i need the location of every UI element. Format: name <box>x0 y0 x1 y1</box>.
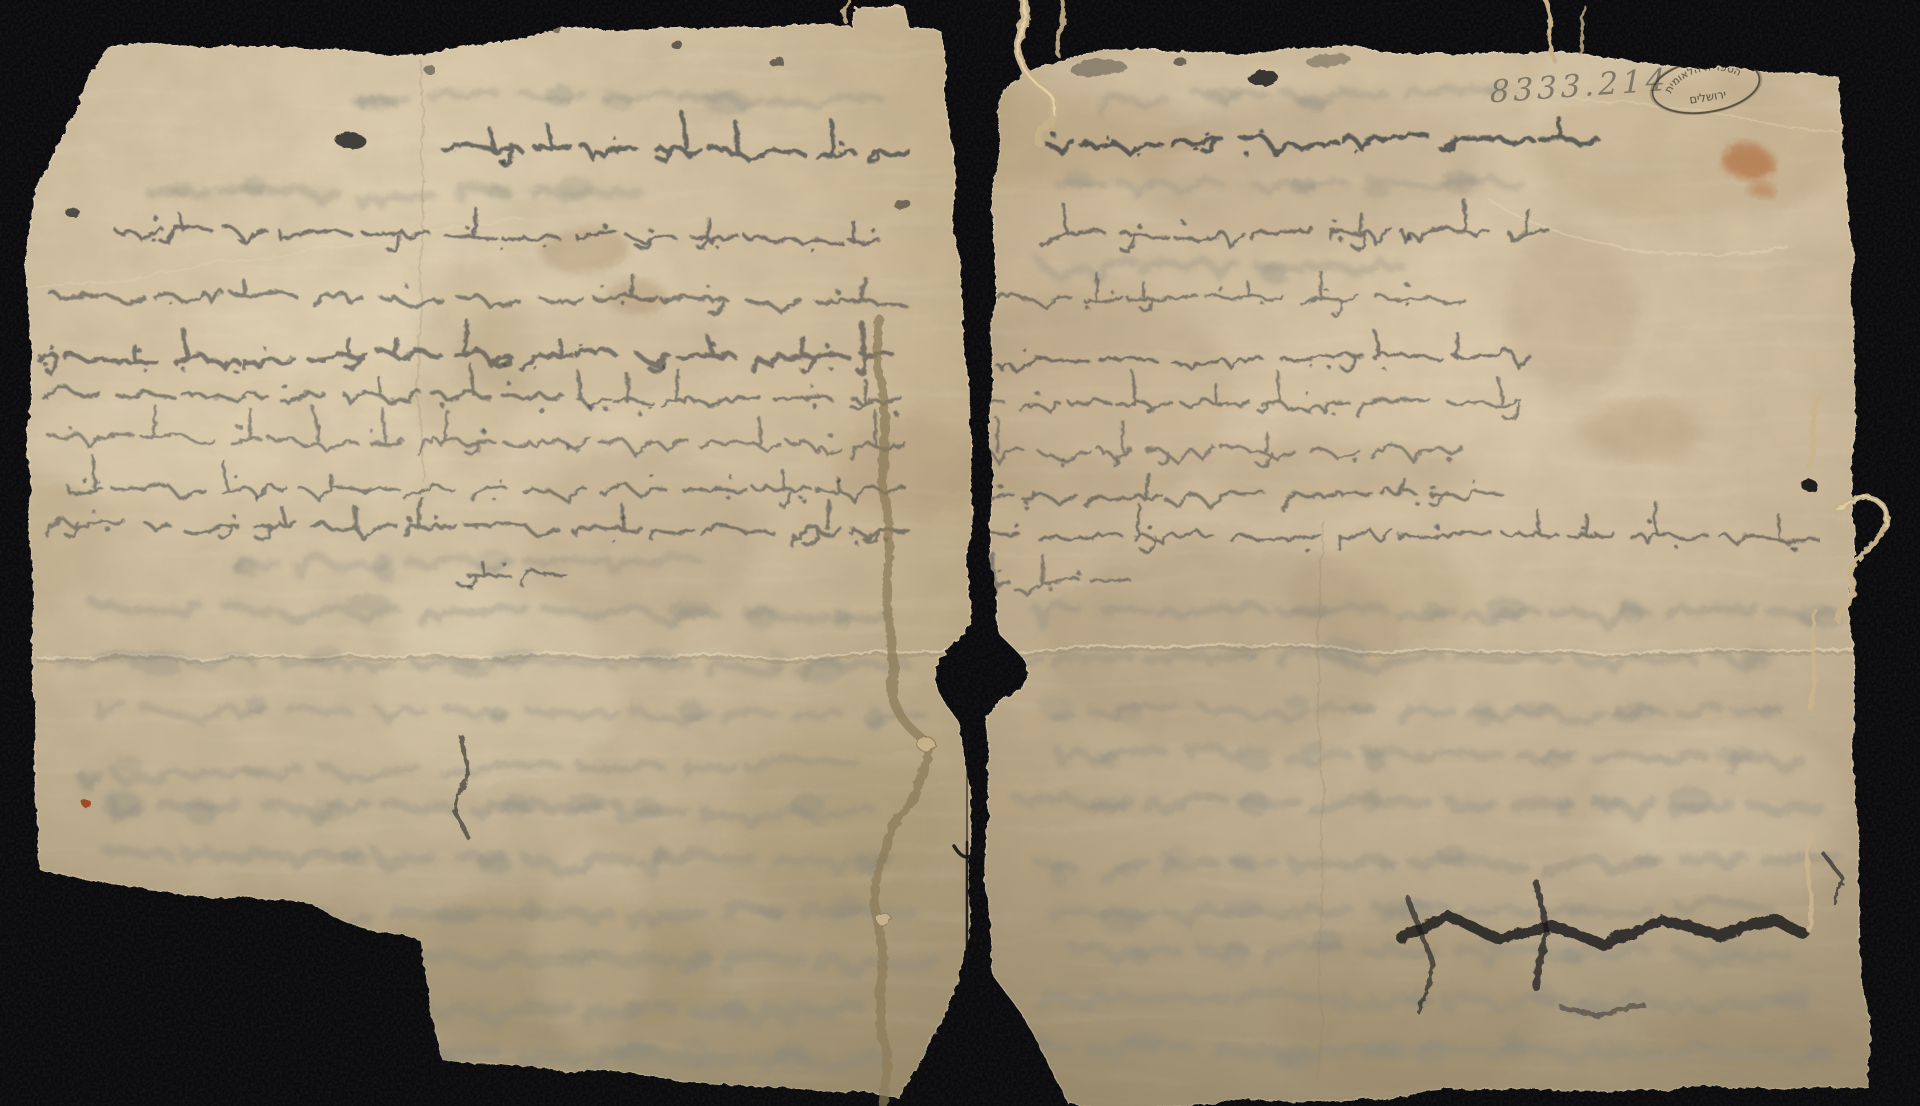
ink-dot <box>152 215 158 221</box>
ink-dot <box>1015 524 1020 529</box>
cord-knot <box>876 914 892 926</box>
ink-dot <box>80 476 85 481</box>
ink-dot <box>615 139 619 143</box>
ink-dot <box>838 292 843 297</box>
ink-dot <box>282 384 288 390</box>
red-ink-dot <box>80 797 89 806</box>
ink-dot <box>1136 151 1140 155</box>
ink-dot <box>1407 304 1411 308</box>
ink-dot <box>731 478 735 482</box>
ink-dot <box>371 430 374 433</box>
ink-dot <box>492 497 496 501</box>
orange-stain <box>1724 144 1772 180</box>
ink-dot <box>1059 462 1063 466</box>
ink-dot <box>1034 390 1039 395</box>
bleedthrough-blot <box>548 84 575 111</box>
ink-dot <box>1113 457 1118 462</box>
ink-dot <box>815 406 820 411</box>
ink-dot <box>994 416 997 419</box>
bleedthrough-blot <box>1283 697 1311 710</box>
ink-dot <box>623 517 628 522</box>
ink-dot <box>1025 502 1029 506</box>
ink-dot <box>1354 149 1358 153</box>
ink-dot <box>499 480 502 483</box>
ink-dot <box>603 287 607 291</box>
ink-dot <box>826 431 831 436</box>
ink-dot <box>1109 288 1112 291</box>
ink-dot <box>708 287 711 290</box>
tonal-mottle <box>1139 92 1481 244</box>
ink-dot <box>1083 303 1087 307</box>
ink-dot <box>503 563 507 567</box>
ink-dot <box>1075 570 1080 575</box>
ink-dot <box>1147 409 1152 414</box>
ink-dot <box>167 300 170 303</box>
ink-dot <box>255 497 259 501</box>
ink-dot <box>811 249 815 253</box>
ink-dot <box>811 386 814 389</box>
stitch-hole <box>1805 483 1821 495</box>
ink-dot <box>1306 392 1309 395</box>
ink-dot <box>1330 368 1334 372</box>
ink-dot <box>1048 587 1053 592</box>
ink-dot <box>716 246 719 249</box>
ink-dot <box>405 285 409 289</box>
ink-dot <box>645 403 648 406</box>
ink-dot <box>179 365 183 369</box>
orange-stain <box>1750 181 1774 199</box>
ink-dot <box>856 542 860 546</box>
ink-dot <box>659 363 663 367</box>
ink-dot <box>1262 303 1265 306</box>
ink-dot <box>233 515 237 519</box>
ink-dot <box>93 511 97 515</box>
ink-dot <box>893 410 898 415</box>
ink-dot <box>542 243 545 246</box>
ink-dot <box>50 346 55 351</box>
ink-dot <box>834 477 839 482</box>
ink-dot <box>1205 131 1210 136</box>
ink-dot <box>500 247 503 250</box>
ink-dot <box>69 426 72 429</box>
ink-dot <box>1180 220 1184 224</box>
ink-dot <box>1581 526 1585 530</box>
ink-dot <box>803 499 808 504</box>
ink-dot <box>635 409 639 413</box>
ink-dot <box>1789 545 1792 548</box>
ink-dot <box>1050 131 1055 136</box>
ink-dot <box>1470 478 1474 482</box>
ink-dot <box>580 344 584 348</box>
ink-dot <box>824 342 829 347</box>
ink-dot <box>506 366 509 369</box>
ink-dot <box>1352 457 1357 462</box>
ink-dot <box>229 365 233 369</box>
ink-dot <box>108 529 114 535</box>
ink-dot <box>602 405 607 410</box>
ink-dot <box>998 570 1002 574</box>
ink-dot <box>233 474 236 477</box>
ink-dot <box>647 227 652 232</box>
ink-dot <box>799 496 802 499</box>
ink-dot <box>408 518 414 524</box>
ink-dot <box>95 478 98 481</box>
brown-stain <box>1580 400 1700 460</box>
ink-dot <box>1322 286 1326 290</box>
ink-dot <box>1147 525 1152 530</box>
ink-dot <box>727 496 731 500</box>
ink-dot <box>467 584 472 589</box>
ink-dot <box>1650 521 1655 526</box>
ink-dot <box>710 341 715 346</box>
ink-dot <box>1302 545 1307 550</box>
ink-dot <box>1026 508 1031 513</box>
ink-dot <box>441 403 446 408</box>
ink-dot <box>45 364 50 369</box>
ink-dot <box>828 365 832 369</box>
bleedthrough-blot <box>116 759 145 776</box>
ink-dot <box>604 225 609 230</box>
ink-dot <box>871 228 876 233</box>
ink-dot <box>652 476 656 480</box>
ink-dot <box>1340 239 1345 244</box>
ink-dot <box>142 367 146 371</box>
ink-dot <box>624 304 628 308</box>
ink-dot <box>437 518 441 522</box>
ink-dot <box>1414 501 1418 505</box>
ink-dot <box>1429 483 1434 488</box>
tonal-mottle <box>525 449 755 631</box>
ink-dot <box>567 447 572 452</box>
ink-dot <box>997 482 1002 487</box>
manuscript-photograph: 8333.214 הספריה הלאומית ירושלים <box>0 0 1920 1106</box>
ink-dot <box>539 407 545 413</box>
ink-dot <box>1386 370 1389 373</box>
ink-dot <box>1219 287 1224 292</box>
ink-dot <box>235 424 238 427</box>
ink-dot <box>587 404 590 407</box>
ink-dot <box>316 423 320 427</box>
tonal-mottle <box>1501 226 1635 388</box>
ink-dot <box>612 539 615 542</box>
ink-dot <box>463 223 467 227</box>
ink-dot <box>238 425 243 430</box>
tonal-mottle <box>34 392 294 498</box>
ink-dot <box>152 238 156 242</box>
ink-dot <box>1023 348 1027 352</box>
ink-dot <box>1139 226 1144 231</box>
ink-dot <box>262 345 265 348</box>
ink-dot <box>1445 455 1450 460</box>
ink-dot <box>507 382 512 387</box>
tonal-mottle <box>832 415 988 517</box>
ink-dot <box>533 366 537 370</box>
ink-dot <box>134 345 139 350</box>
ink-dot <box>1434 523 1439 528</box>
cord-knot <box>917 737 935 751</box>
ink-dot <box>1193 147 1198 152</box>
ink-dot <box>1676 547 1679 550</box>
ink-dot <box>1405 283 1410 288</box>
ink-dot <box>1102 133 1105 136</box>
ink-dot <box>1409 238 1414 243</box>
ink-dot <box>1336 223 1340 227</box>
ink-dot <box>1333 413 1336 416</box>
ink-dot <box>1311 366 1314 369</box>
ink-dot <box>1060 457 1063 460</box>
ink-dot <box>1244 151 1249 156</box>
ink-dot <box>482 428 486 432</box>
ink-dot <box>501 159 506 164</box>
ink-dot <box>1260 130 1264 134</box>
ink-dot <box>838 141 843 146</box>
right-fragment <box>843 0 1920 1106</box>
